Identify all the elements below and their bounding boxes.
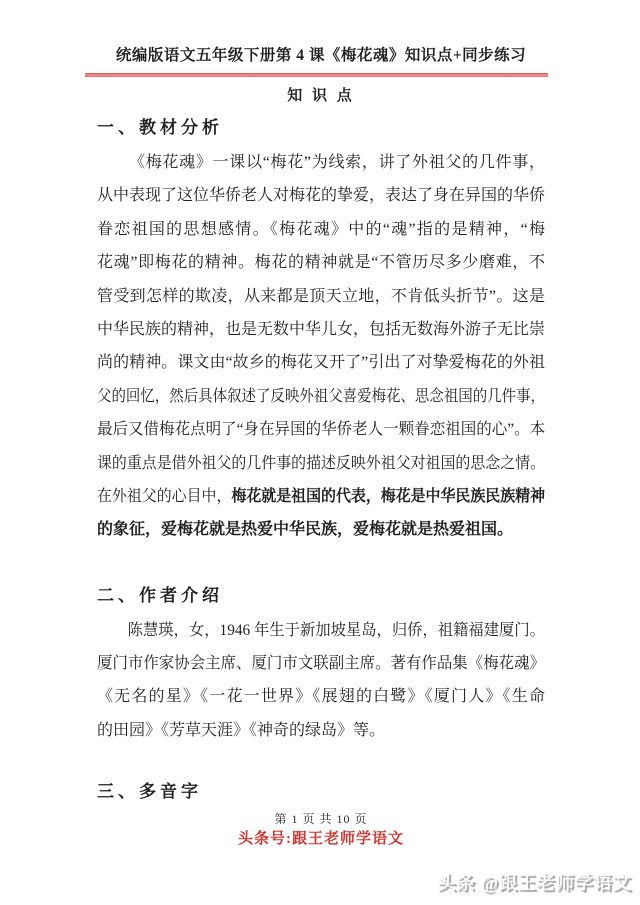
body-text: 的田园》《芳草天涯》《神奇的绿岛》等。 [97, 722, 385, 739]
paragraph-line: 厦门市作家协会主席、厦门市文联副主席。著有作品集《梅花魂》 [97, 647, 530, 680]
bold-text: 梅花就是祖国的代表，梅花是中华民族民族精神 [231, 488, 545, 505]
body-text: 父的回忆，然后具体叙述了反映外祖父喜爱梅花、思念祖国的几件事， [97, 388, 545, 405]
paragraph: 《梅花魂》一课以“梅花”为线索，讲了外祖父的几件事，从中表现了这位华侨老人对梅花… [97, 146, 545, 547]
section: 三、多音字 [97, 783, 545, 801]
paragraph-line: 《无名的星》《一花一世界》《展翅的白鹭》《厦门人》《生命 [97, 680, 545, 713]
paragraph-line: 最后又借梅花点明了“身在异国的华侨老人一颗眷恋祖国的心”。本 [97, 413, 531, 446]
body-text: 《无名的星》《一花一世界》《展翅的白鹭》《厦门人》《生命 [97, 688, 545, 705]
section-heading: 三、多音字 [97, 783, 545, 801]
section: 一、教材分析《梅花魂》一课以“梅花”为线索，讲了外祖父的几件事，从中表现了这位华… [97, 119, 545, 547]
body-text: 厦门市作家协会主席、厦门市文联副主席。著有作品集《梅花魂》 [97, 655, 545, 672]
paragraph-line: 的象征，爱梅花就是热爱中华民族，爱梅花就是热爱祖国。 [97, 513, 545, 546]
body-text: 陈慧瑛，女，1946 年生于新加坡星岛，归侨，祖籍福建厦门。 [128, 622, 545, 639]
body-text: 中华民族的精神，也是无数中华儿女，包括无数海外游子无比崇 [97, 321, 545, 338]
body-text: 《梅花魂》一课以“梅花”为线索，讲了外祖父的几件事， [129, 154, 545, 171]
paragraph: 陈慧瑛，女，1946 年生于新加坡星岛，归侨，祖籍福建厦门。厦门市作家协会主席、… [97, 614, 545, 748]
page-number: 第 1 页 共 10 页 [97, 812, 545, 826]
footer-channel: 头条号:跟王老师学语文 [97, 830, 545, 848]
page-footer: 第 1 页 共 10 页 头条号:跟王老师学语文 [97, 812, 545, 848]
paragraph-line: 尚的精神。课文由“故乡的梅花又开了”引出了对挚爱梅花的外祖 [97, 346, 545, 379]
document-page: 统编版语文五年级下册第 4 课《梅花魂》知识点+同步练习 知 识 点 一、教材分… [0, 0, 640, 905]
paragraph-line: 从中表现了这位华侨老人对梅花的挚爱，表达了身在异国的华侨 [97, 179, 545, 212]
paragraph-line: 管受到怎样的欺凌，从来都是顶天立地，不肯低头折节”。这是 [97, 280, 545, 313]
body-text: 眷恋祖国的思想感情。《梅花魂》中的“魂”指的是精神，“梅 [97, 221, 545, 238]
paragraph-line: 父的回忆，然后具体叙述了反映外祖父喜爱梅花、思念祖国的几件事， [97, 380, 502, 413]
section-heading: 一、教材分析 [97, 119, 545, 137]
paragraph-line: 在外祖父的心目中，梅花就是祖国的代表，梅花是中华民族民族精神 [97, 480, 515, 513]
watermark: 头条 @跟王老师学语文 [438, 869, 632, 895]
paragraph-line: 中华民族的精神，也是无数中华儿女，包括无数海外游子无比崇 [97, 313, 545, 346]
body-text: 最后又借梅花点明了“身在异国的华侨老人一颗眷恋祖国的心”。本 [97, 421, 545, 438]
document-body: 一、教材分析《梅花魂》一课以“梅花”为线索，讲了外祖父的几件事，从中表现了这位华… [97, 119, 545, 801]
body-text: 在外祖父的心目中， [97, 488, 231, 505]
body-text: 花魂”即梅花的精神。梅花的精神就是“不管历尽多少磨难，不 [97, 254, 545, 271]
section: 二、作者介绍陈慧瑛，女，1946 年生于新加坡星岛，归侨，祖籍福建厦门。厦门市作… [97, 587, 545, 748]
body-text: 从中表现了这位华侨老人对梅花的挚爱，表达了身在异国的华侨 [97, 187, 545, 204]
subtitle: 知 识 点 [97, 86, 545, 106]
paragraph-line: 花魂”即梅花的精神。梅花的精神就是“不管历尽多少磨难，不 [97, 246, 545, 279]
body-text: 课的重点是借外祖父的几件事的描述反映外祖父对祖国的思念之情。 [97, 455, 545, 472]
body-text: 尚的精神。课文由“故乡的梅花又开了”引出了对挚爱梅花的外祖 [97, 354, 545, 371]
body-text: 管受到怎样的欺凌，从来都是顶天立地，不肯低头折节”。这是 [97, 288, 545, 305]
paragraph-line: 课的重点是借外祖父的几件事的描述反映外祖父对祖国的思念之情。 [97, 447, 515, 480]
document-title: 统编版语文五年级下册第 4 课《梅花魂》知识点+同步练习 [97, 44, 545, 68]
section-heading: 二、作者介绍 [97, 587, 545, 605]
title-divider [85, 73, 548, 77]
bold-text: 的象征，爱梅花就是热爱中华民族，爱梅花就是热爱祖国。 [97, 521, 513, 538]
paragraph-line: 眷恋祖国的思想感情。《梅花魂》中的“魂”指的是精神，“梅 [97, 213, 545, 246]
paragraph-line: 《梅花魂》一课以“梅花”为线索，讲了外祖父的几件事， [97, 146, 545, 179]
paragraph-line: 的田园》《芳草天涯》《神奇的绿岛》等。 [97, 714, 545, 747]
paragraph-line: 陈慧瑛，女，1946 年生于新加坡星岛，归侨，祖籍福建厦门。 [97, 614, 526, 647]
